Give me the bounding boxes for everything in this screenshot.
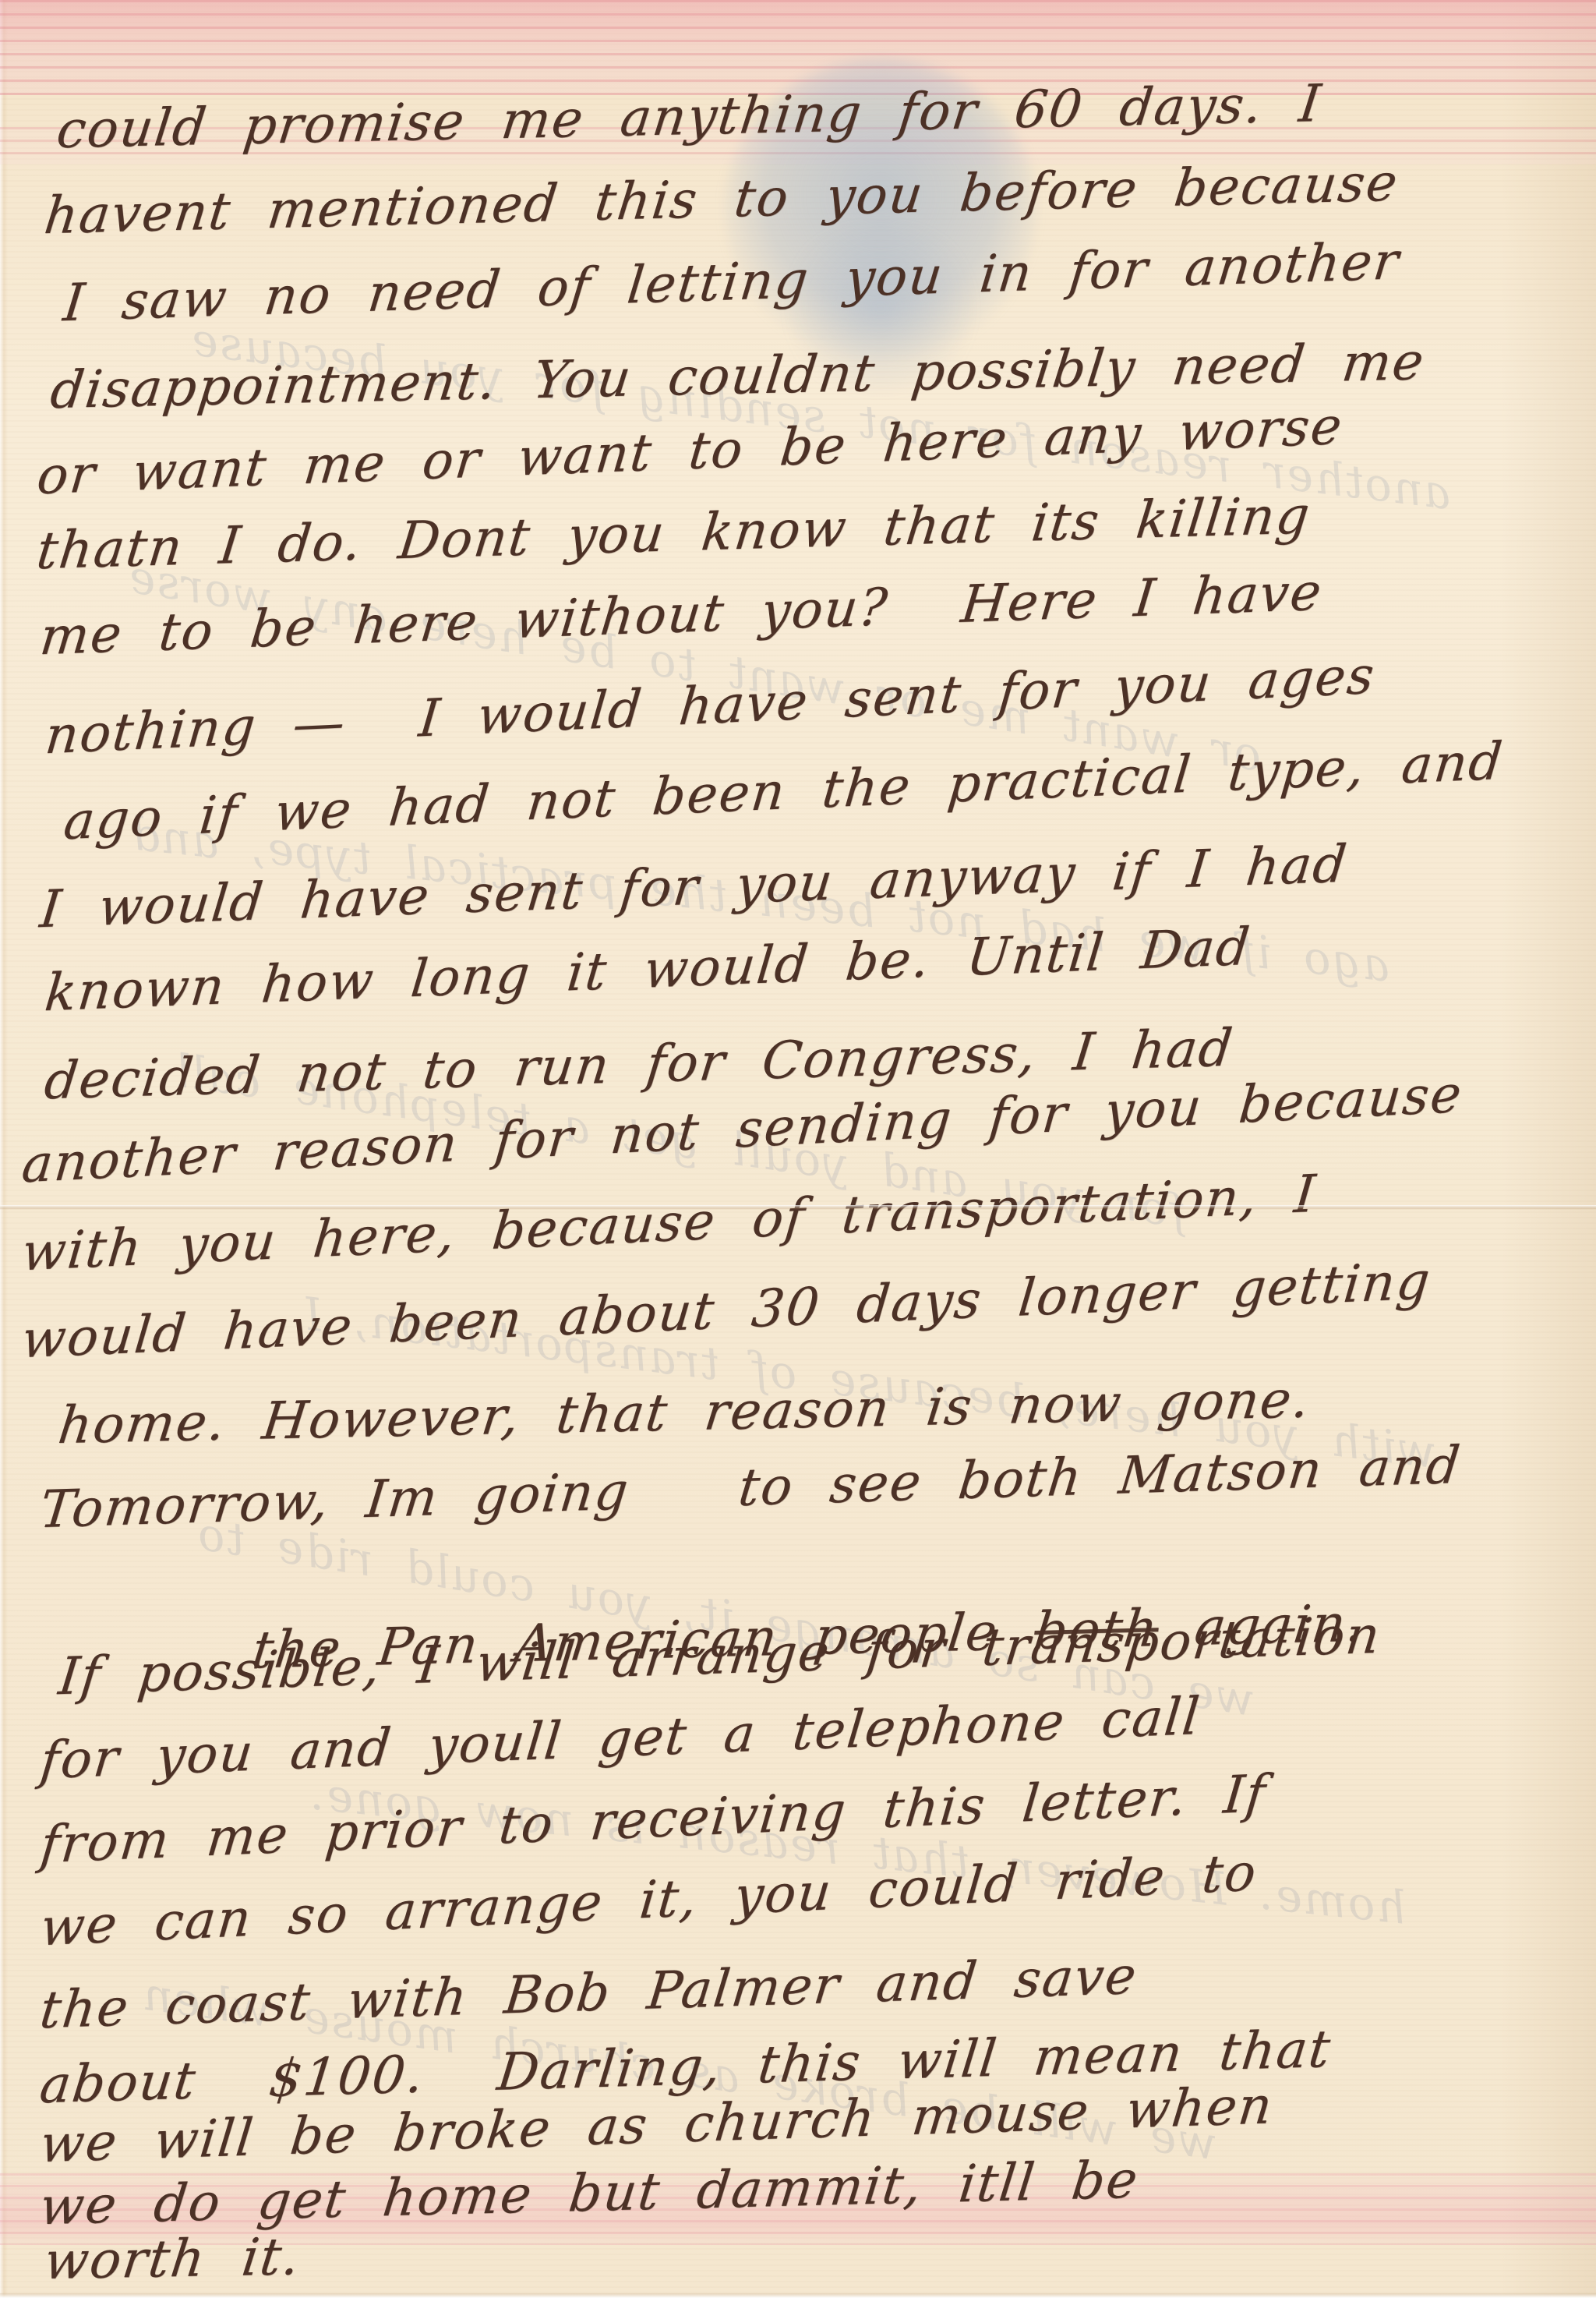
letter-page: another reason for not sending for you b… bbox=[0, 0, 1596, 2305]
letter-line: havent mentioned this to you before beca… bbox=[41, 153, 1402, 246]
letter-line: the coast with Bob Palmer and save bbox=[37, 1946, 1141, 2041]
letter-line: I saw no need of letting you in for anot… bbox=[61, 231, 1404, 333]
letter-line: thatn I do. Dont you know that its killi… bbox=[34, 485, 1314, 581]
letter-line: home. However, that reason is now gone. bbox=[55, 1369, 1314, 1455]
letter-line: worth it. bbox=[41, 2226, 305, 2291]
letter-line: me to be here without you? Here I have bbox=[37, 562, 1326, 667]
letter-line: could promise me anything for 60 days. I bbox=[54, 73, 1326, 160]
handwriting-layer: could promise me anything for 60 days. I… bbox=[0, 0, 1596, 2305]
